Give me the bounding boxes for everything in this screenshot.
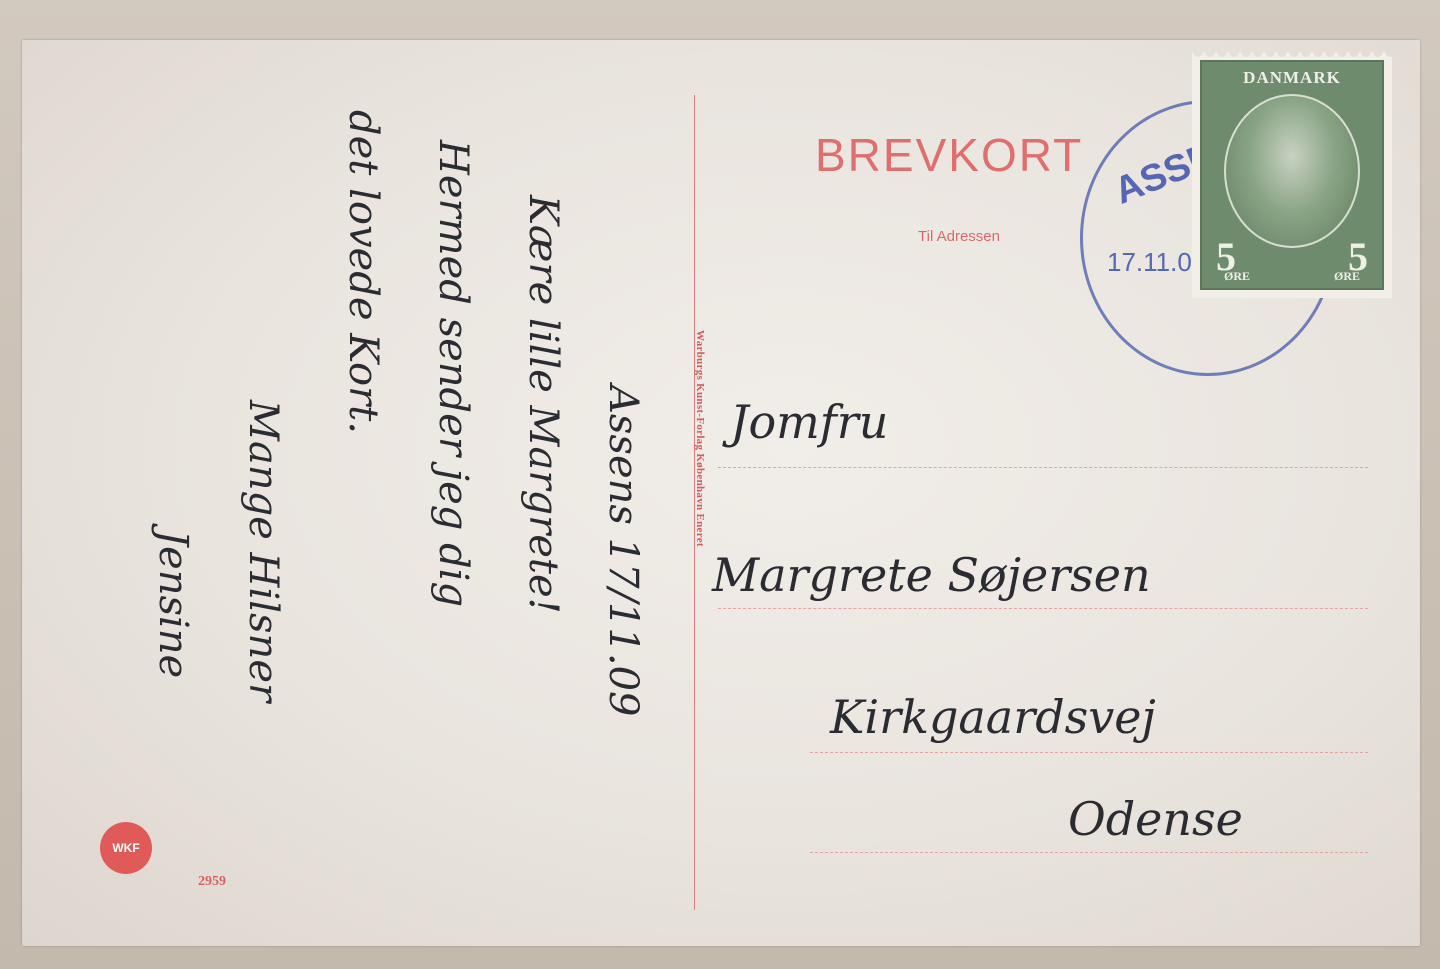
address-line-4: [810, 852, 1368, 853]
stamp-currency-right: ØRE: [1334, 269, 1360, 284]
address-city: Odense: [1068, 792, 1243, 846]
postcard-heading: BREVKORT: [815, 128, 1083, 182]
card-number: 2959: [198, 874, 226, 890]
address-hint: Til Adressen: [918, 228, 1000, 245]
address-line-3: [810, 752, 1368, 753]
message-line-3: det lovede Kort.: [340, 110, 386, 630]
message-line-2: Hermed sender jeg dig: [430, 140, 476, 900]
postage-stamp: DANMARK 5 5 ØRE ØRE: [1192, 52, 1392, 298]
address-line-1: [718, 467, 1368, 468]
address-recipient-name: Margrete Søjersen: [712, 548, 1151, 602]
stamp-face: DANMARK 5 5 ØRE ØRE: [1200, 60, 1384, 290]
message-signature: Jensine: [150, 530, 196, 890]
publisher-imprint: Warburgs Kunst-Forlag København Eneret: [686, 330, 706, 720]
stamp-country: DANMARK: [1243, 68, 1341, 88]
message-greeting: Kære lille Margrete!: [520, 195, 566, 775]
message-closing: Mange Hilsner: [240, 400, 286, 860]
message-place-date: Assens 17/11.09: [600, 385, 646, 885]
address-line-2: [718, 608, 1368, 609]
address-recipient-title: Jomfru: [730, 395, 888, 449]
portrait-icon: [1224, 94, 1360, 248]
address-street: Kirkgaardsvej: [830, 690, 1156, 744]
stamp-currency-left: ØRE: [1224, 269, 1250, 284]
publisher-logo-icon: WKF: [100, 822, 152, 874]
